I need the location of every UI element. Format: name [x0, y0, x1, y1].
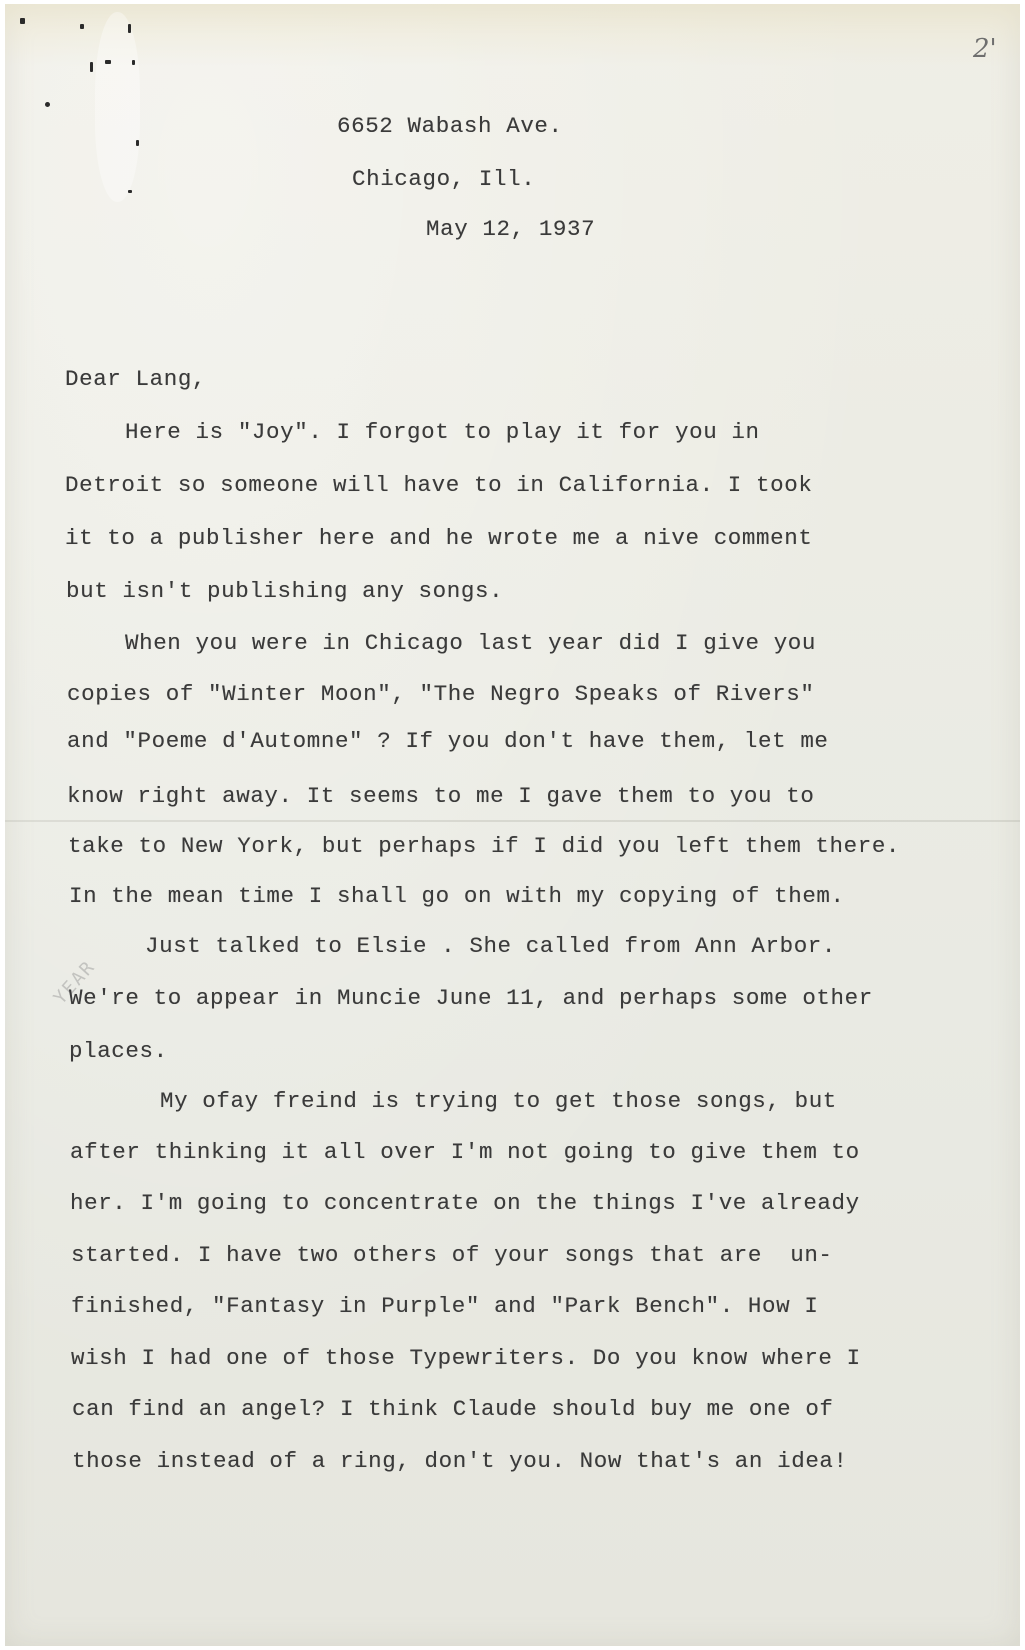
- salutation: Dear Lang,: [65, 365, 206, 393]
- body-line: those instead of a ring, don't you. Now …: [72, 1447, 848, 1475]
- paper-crease: [95, 12, 140, 202]
- body-line: We're to appear in Muncie June 11, and p…: [69, 984, 873, 1012]
- body-line: started. I have two others of your songs…: [71, 1241, 833, 1269]
- staple-mark: [20, 18, 25, 24]
- staple-mark: [128, 190, 132, 193]
- staple-mark: [136, 140, 139, 146]
- body-line: and "Poeme d'Automne" ? If you don't hav…: [67, 727, 829, 755]
- letter-date: May 12, 1937: [426, 215, 595, 243]
- staple-mark: [90, 62, 93, 72]
- body-line: My ofay freind is trying to get those so…: [160, 1087, 837, 1115]
- body-line: When you were in Chicago last year did I…: [125, 629, 816, 657]
- letter-page: 2' YEAR 6652 Wabash Ave. Chicago, Ill. M…: [5, 4, 1020, 1646]
- body-line: Just talked to Elsie . She called from A…: [145, 932, 836, 960]
- staple-mark: [80, 24, 84, 29]
- body-line: her. I'm going to concentrate on the thi…: [70, 1189, 860, 1217]
- staple-mark: [132, 60, 135, 65]
- staple-mark: [45, 102, 50, 107]
- body-line: In the mean time I shall go on with my c…: [69, 882, 845, 910]
- fold-line: [5, 820, 1020, 822]
- body-line: know right away. It seems to me I gave t…: [67, 782, 814, 810]
- staple-mark: [105, 60, 111, 64]
- body-line: Detroit so someone will have to in Calif…: [65, 471, 812, 499]
- body-line: places.: [69, 1037, 168, 1065]
- address-street: 6652 Wabash Ave.: [337, 112, 563, 140]
- body-line: copies of "Winter Moon", "The Negro Spea…: [67, 680, 814, 708]
- body-line: take to New York, but perhaps if I did y…: [68, 832, 900, 860]
- body-line: can find an angel? I think Claude should…: [72, 1395, 834, 1423]
- paper-discoloration: [5, 4, 1020, 66]
- address-city: Chicago, Ill.: [352, 165, 535, 193]
- body-line: after thinking it all over I'm not going…: [70, 1138, 860, 1166]
- body-line: Here is "Joy". I forgot to play it for y…: [125, 418, 760, 446]
- staple-mark: [128, 24, 131, 33]
- handwritten-page-number: 2': [973, 34, 997, 64]
- body-line: wish I had one of those Typewriters. Do …: [71, 1344, 861, 1372]
- body-line: it to a publisher here and he wrote me a…: [65, 524, 812, 552]
- body-line: but isn't publishing any songs.: [66, 577, 503, 605]
- body-line: finished, "Fantasy in Purple" and "Park …: [71, 1292, 818, 1320]
